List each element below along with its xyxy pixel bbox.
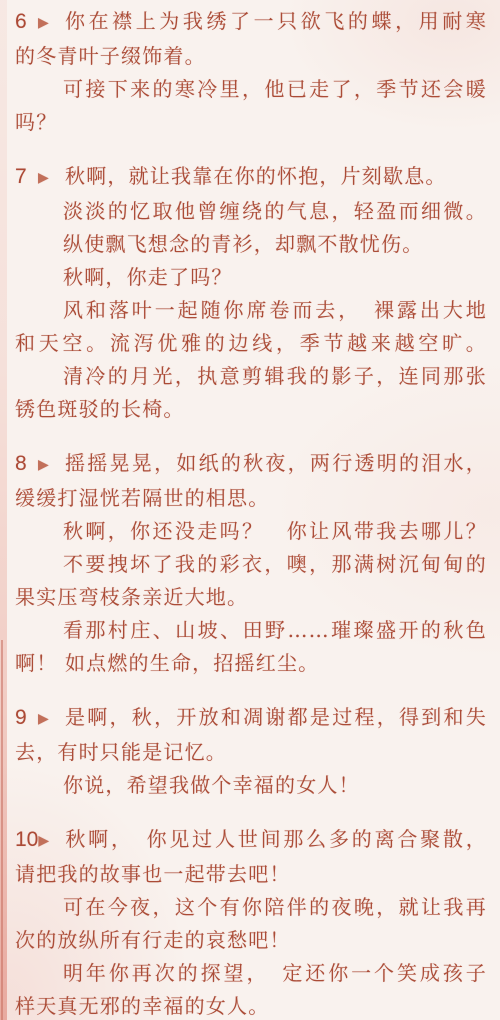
right-triangle-icon: ▶ xyxy=(38,701,65,736)
section-number: 10 xyxy=(15,823,38,856)
line-text: 你说，希望我做个幸福的女人！ xyxy=(15,769,487,802)
line-text: 和天空。流泻优雅的边线，季节越来越空旷。 xyxy=(15,327,487,360)
line-text: 纵使飘飞想念的青衫，却飘不散忧伤。 xyxy=(15,228,487,261)
right-triangle-icon: ▶ xyxy=(38,823,65,858)
line-text: 秋啊， 你见过人世间那么多的离合聚散， xyxy=(65,823,487,856)
line-text: 缓缓打湿恍若隔世的相思。 xyxy=(15,482,487,515)
line-text: 啊！ 如点燃的生命，招摇红尘。 xyxy=(15,647,487,680)
section-heading-line: 9▶是啊，秋，开放和凋谢都是过程，得到和失 xyxy=(15,701,487,736)
line-text: 秋啊，你走了吗？ xyxy=(15,261,487,294)
line-text: 去，有时只能是记忆。 xyxy=(15,736,487,769)
line-text: 你在襟上为我绣了一只欲飞的蝶，用耐寒 xyxy=(65,5,487,38)
line-text: 是啊，秋，开放和凋谢都是过程，得到和失 xyxy=(65,701,487,734)
section-6: 6▶你在襟上为我绣了一只欲飞的蝶，用耐寒的冬青叶子缀饰着。可接下来的寒冷里，他已… xyxy=(15,5,487,139)
line-text: 摇摇晃晃，如纸的秋夜，两行透明的泪水， xyxy=(65,447,487,480)
right-triangle-icon: ▶ xyxy=(38,447,65,482)
right-triangle-icon: ▶ xyxy=(38,160,65,195)
line-text: 次的放纵所有行走的哀愁吧！ xyxy=(15,924,487,957)
line-text: 不要拽坏了我的彩衣，噢，那满树沉甸甸的 xyxy=(15,548,487,581)
line-text: 可接下来的寒冷里，他已走了，季节还会暖 xyxy=(15,73,487,106)
section-heading-line: 7▶秋啊，就让我靠在你的怀抱，片刻歇息。 xyxy=(15,160,487,195)
section-heading-line: 8▶摇摇晃晃，如纸的秋夜，两行透明的泪水， xyxy=(15,447,487,482)
line-text: 风和落叶一起随你席卷而去， 裸露出大地 xyxy=(15,294,487,327)
line-text: 样天真无邪的幸福的女人。 xyxy=(15,990,487,1020)
line-text: 吗？ xyxy=(15,106,487,139)
line-text: 秋啊，你还没走吗？ 你让风带我去哪儿？ xyxy=(15,515,487,548)
line-text: 果实压弯枝条亲近大地。 xyxy=(15,581,487,614)
section-heading-line: 6▶你在襟上为我绣了一只欲飞的蝶，用耐寒 xyxy=(15,5,487,40)
section-number: 8 xyxy=(15,447,38,480)
line-text: 秋啊，就让我靠在你的怀抱，片刻歇息。 xyxy=(65,160,487,193)
section-number: 7 xyxy=(15,160,38,193)
line-text: 可在今夜，这个有你陪伴的夜晚，就让我再 xyxy=(15,891,487,924)
line-text: 的冬青叶子缀饰着。 xyxy=(15,40,487,73)
line-text: 看那村庄、山坡、田野……璀璨盛开的秋色 xyxy=(15,614,487,647)
section-8: 8▶摇摇晃晃，如纸的秋夜，两行透明的泪水，缓缓打湿恍若隔世的相思。秋啊，你还没走… xyxy=(15,447,487,680)
line-text: 请把我的故事也一起带去吧！ xyxy=(15,858,487,891)
line-text: 明年你再次的探望， 定还你一个笑成孩子 xyxy=(15,957,487,990)
line-text: 淡淡的忆取他曾缠绕的气息，轻盈而细微。 xyxy=(15,195,487,228)
section-number: 6 xyxy=(15,5,38,38)
scanned-book-page: { "page": { "background_color": "#f9f2ee… xyxy=(0,0,500,1020)
section-10: 10▶秋啊， 你见过人世间那么多的离合聚散，请把我的故事也一起带去吧！可在今夜，… xyxy=(15,823,487,1020)
section-number: 9 xyxy=(15,701,38,734)
right-triangle-icon: ▶ xyxy=(38,5,65,40)
line-text: 锈色斑驳的长椅。 xyxy=(15,393,487,426)
page-body: 6▶你在襟上为我绣了一只欲飞的蝶，用耐寒的冬青叶子缀饰着。可接下来的寒冷里，他已… xyxy=(0,0,500,1020)
section-heading-line: 10▶秋啊， 你见过人世间那么多的离合聚散， xyxy=(15,823,487,858)
section-9: 9▶是啊，秋，开放和凋谢都是过程，得到和失去，有时只能是记忆。你说，希望我做个幸… xyxy=(15,701,487,802)
section-7: 7▶秋啊，就让我靠在你的怀抱，片刻歇息。淡淡的忆取他曾缠绕的气息，轻盈而细微。纵… xyxy=(15,160,487,426)
line-text: 清冷的月光，执意剪辑我的影子，连同那张 xyxy=(15,360,487,393)
